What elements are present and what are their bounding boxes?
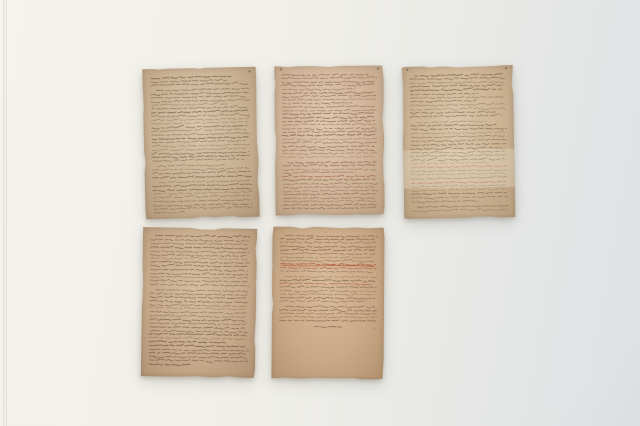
pin-dot xyxy=(280,68,282,70)
pin-dot xyxy=(505,67,507,69)
paper-sheet xyxy=(141,227,257,378)
manuscript-page-top-center xyxy=(274,66,384,216)
manuscript-page-bottom-right xyxy=(271,227,384,380)
manuscript-page-top-left xyxy=(142,67,259,220)
pin-dot xyxy=(248,70,250,72)
manuscript-page-top-right xyxy=(402,65,516,219)
manuscript-page-bottom-left xyxy=(141,227,257,378)
paper-sheet xyxy=(271,227,384,380)
pin-dot xyxy=(406,69,408,71)
handwriting-ink xyxy=(141,227,257,378)
paper-sheet xyxy=(402,65,516,219)
handwriting-ink xyxy=(271,227,384,380)
paper-sheet xyxy=(142,67,259,220)
handwriting-ink xyxy=(142,67,259,220)
paper-sheet xyxy=(274,66,384,216)
artwork-pages-group xyxy=(0,0,640,426)
handwriting-ink xyxy=(402,65,516,219)
pin-dot xyxy=(377,67,379,69)
gallery-photo xyxy=(0,0,640,426)
handwriting-ink xyxy=(274,66,384,216)
